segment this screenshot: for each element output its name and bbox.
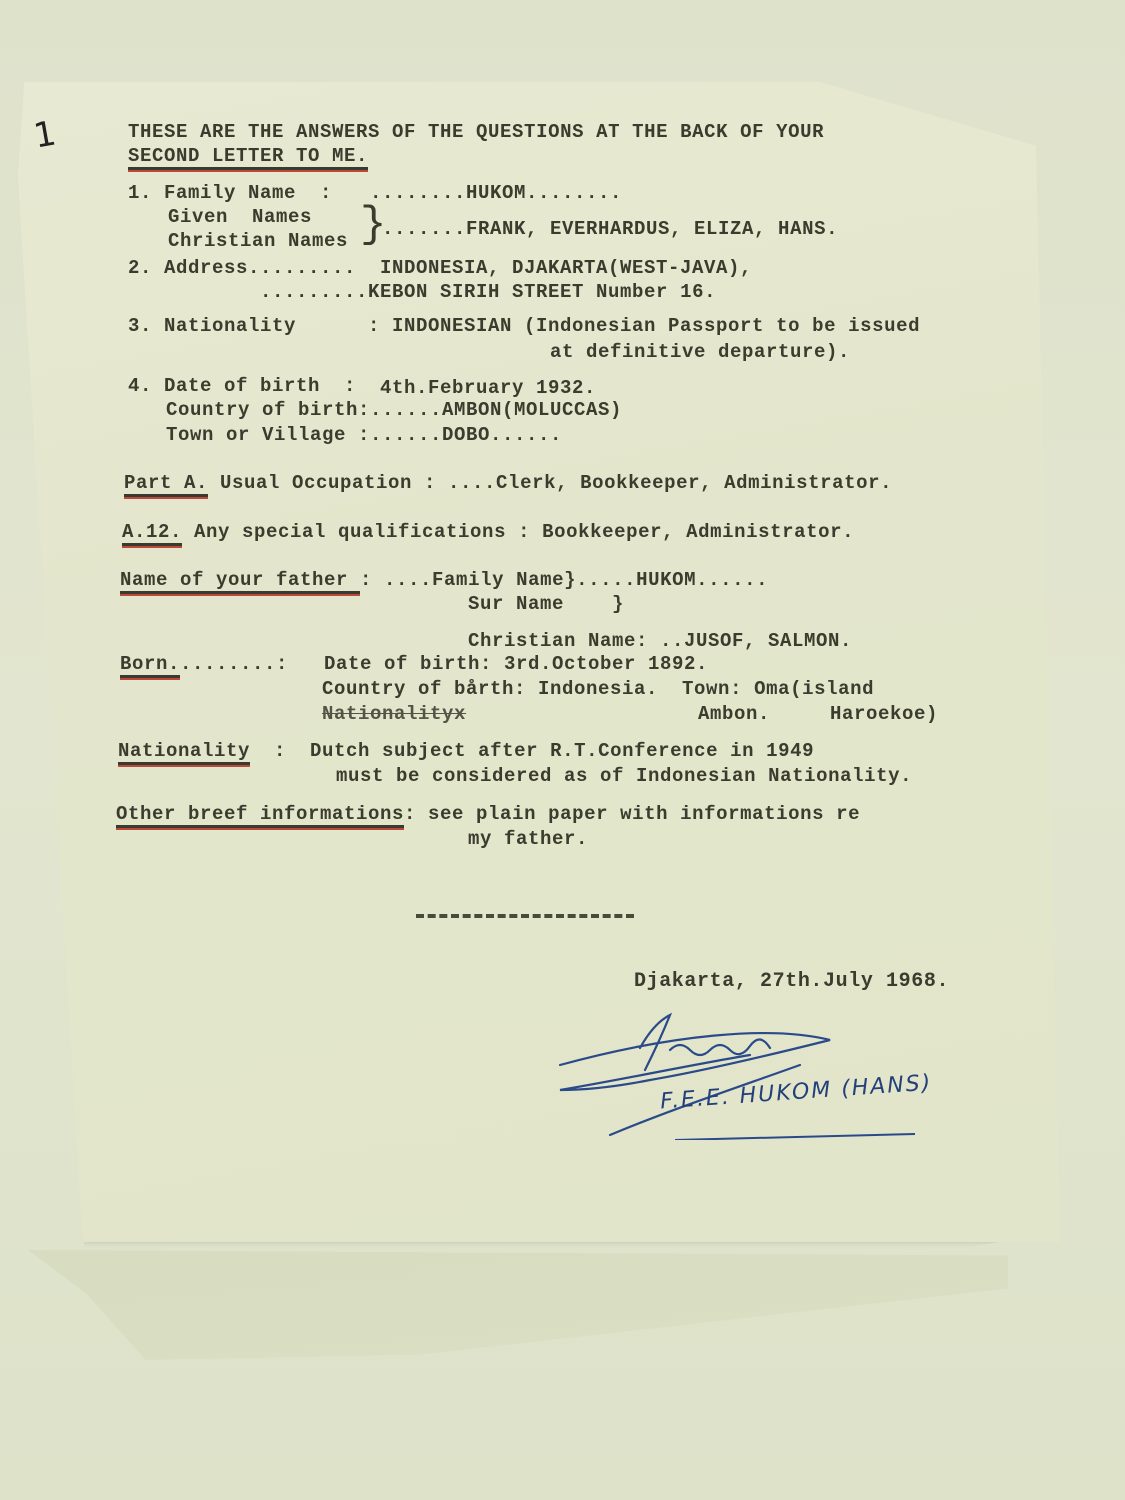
country-birth-label: Country of birth:	[166, 398, 370, 422]
place-date: Djakarta, 27th.July 1968.	[634, 970, 949, 994]
qualifications-text: Any special qualifications : Bookkeeper,…	[182, 521, 854, 543]
born-dots: ........:	[180, 653, 300, 675]
family-name-label: 1. Family Name :	[128, 181, 332, 205]
town-label: Town or Village :	[166, 423, 370, 447]
country-birth-value: ......AMBON(MOLUCCAS)	[370, 398, 622, 422]
heading-line-2: SECOND LETTER TO ME.	[128, 144, 368, 168]
address-line-2: .........KEBON SIRIH STREET Number 16.	[260, 280, 716, 304]
given-names-value: .......FRANK, EVERHARDUS, ELIZA, HANS.	[382, 217, 838, 241]
paper-fold	[28, 1250, 1008, 1360]
father-country: Country of bårth: Indonesia. Town: Oma(i…	[322, 677, 874, 701]
father-sur-name: Sur Name }	[468, 592, 624, 616]
nationality-value-2: at definitive departure).	[550, 340, 850, 364]
born-line: Born.........:	[120, 652, 300, 676]
separator-dashes	[416, 914, 634, 918]
address-label: 2. Address.........	[128, 256, 356, 280]
nationality-label: 3. Nationality	[128, 314, 296, 338]
father-dob: Date of birth: 3rd.October 1892.	[324, 652, 708, 676]
dob-label: 4. Date of birth :	[128, 374, 356, 398]
christian-names-label: Christian Names	[168, 229, 348, 253]
given-names-label: Given Names	[168, 205, 312, 229]
part-a-label: Part A.	[124, 472, 208, 497]
heading-underlined: SECOND LETTER TO ME.	[128, 145, 368, 170]
family-name-value: ........HUKOM........	[370, 181, 622, 205]
father-family-line: : ....Family Name}.....HUKOM......	[360, 569, 768, 591]
address-line-1: INDONESIA, DJAKARTA(WEST-JAVA),	[380, 256, 752, 280]
town-value: ......DOBO......	[370, 423, 562, 447]
father-label: Name of your father	[120, 569, 360, 594]
other-info-1: : see plain paper with informations re	[404, 803, 860, 825]
father-ambon: Ambon. Haroekoe)	[698, 702, 938, 726]
father-christian-name: Christian Name: ..JUSOF, SALMON.	[468, 629, 852, 653]
a12-label: A.12.	[122, 521, 182, 546]
nationality-note-line: Nationality : Dutch subject after R.T.Co…	[118, 739, 814, 763]
born-label: Born.	[120, 653, 180, 678]
occupation-line: Part A. Usual Occupation : ....Clerk, Bo…	[124, 471, 892, 495]
other-info-2: my father.	[468, 827, 588, 851]
dob-value: 4th.February 1932.	[380, 376, 596, 400]
nationality-note-label: Nationality	[118, 740, 250, 765]
qualifications-line: A.12. Any special qualifications : Bookk…	[122, 520, 854, 544]
father-line: Name of your father : ....Family Name}..…	[120, 568, 768, 592]
other-info-line: Other breef informations: see plain pape…	[116, 802, 860, 826]
other-info-label: Other breef informations	[116, 803, 404, 828]
occupation-text: Usual Occupation : ....Clerk, Bookkeeper…	[208, 472, 892, 494]
nationality-note-2: must be considered as of Indonesian Nati…	[336, 764, 912, 788]
nationality-value-1: : INDONESIAN (Indonesian Passport to be …	[368, 314, 920, 338]
nationality-note-1: : Dutch subject after R.T.Conference in …	[250, 740, 814, 762]
heading-line-1: THESE ARE THE ANSWERS OF THE QUESTIONS A…	[128, 120, 824, 144]
struck-nationality: Nationalityx	[322, 702, 466, 726]
